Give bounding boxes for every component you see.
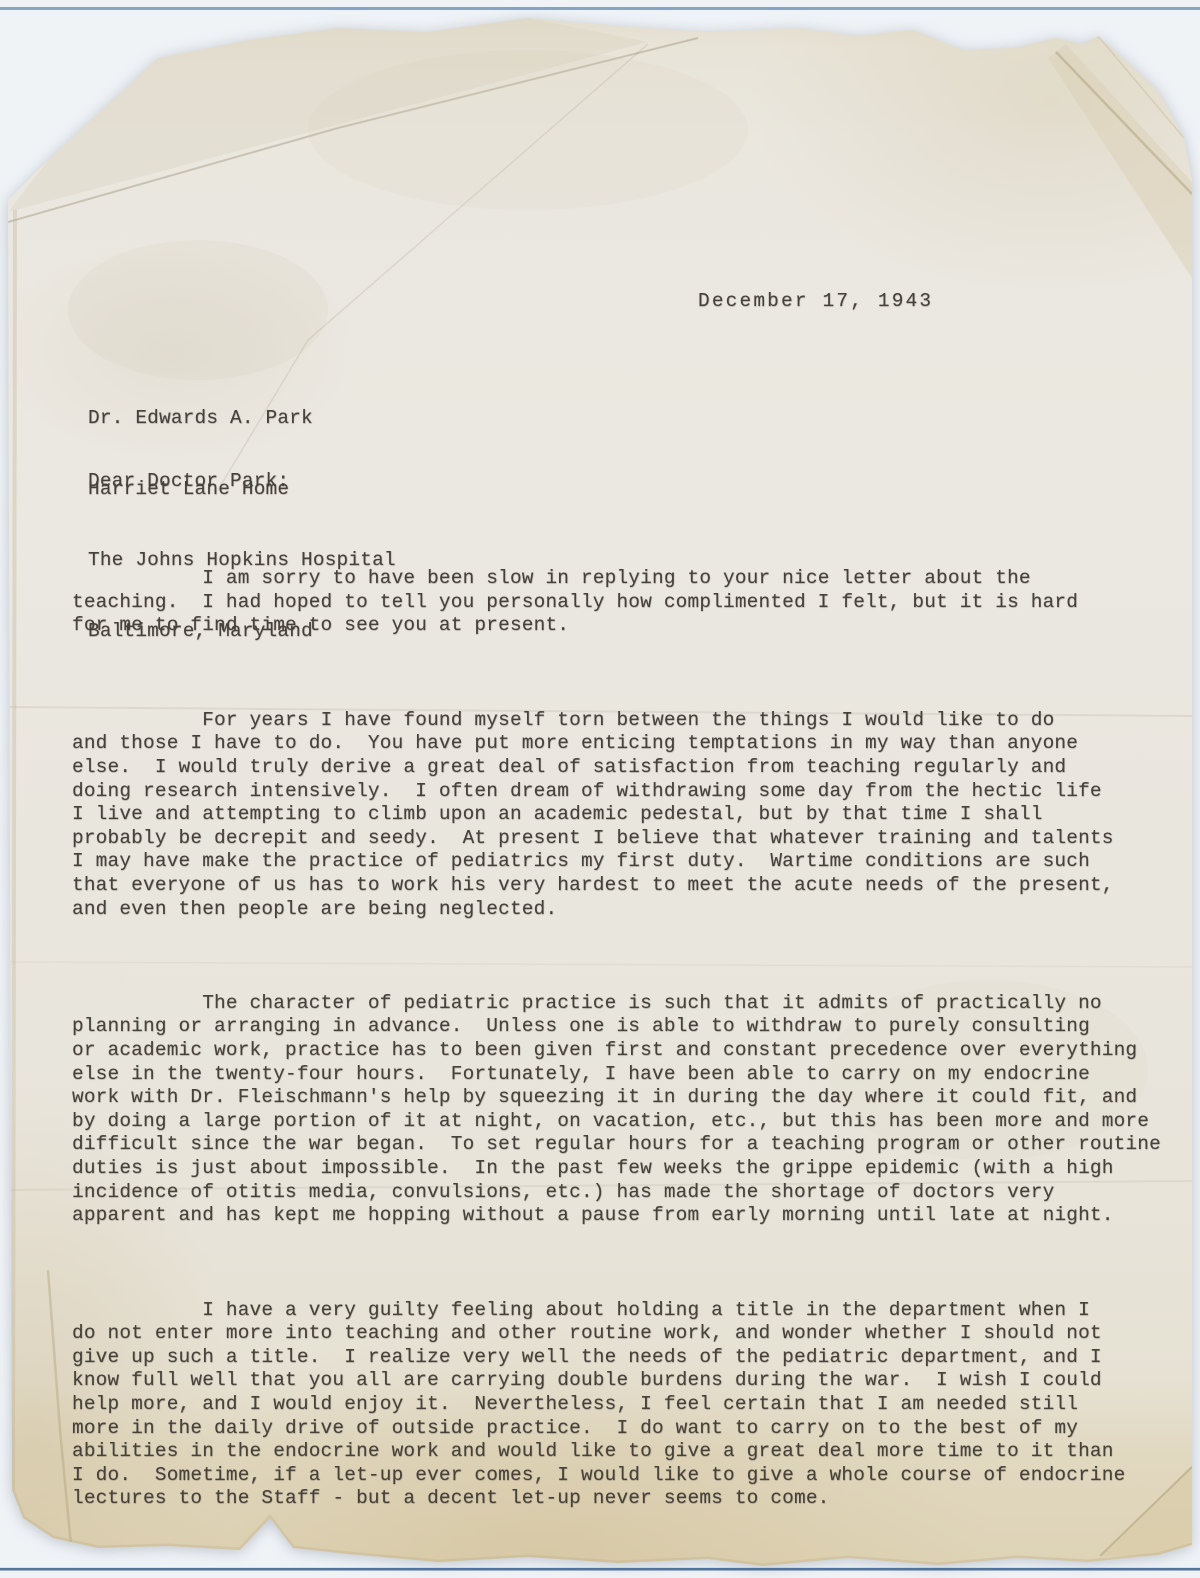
salutation: Dear Doctor Park: bbox=[88, 470, 289, 494]
letter-date: December 17, 1943 bbox=[698, 290, 933, 314]
letter-page: December 17, 1943 Dr. Edwards A. Park Ha… bbox=[8, 10, 1192, 1566]
letter-paragraph: The character of pediatric practice is s… bbox=[72, 992, 1190, 1228]
letter-paragraph: For years I have found myself torn betwe… bbox=[72, 709, 1190, 921]
letter-body: I am sorry to have been slow in replying… bbox=[72, 520, 1190, 1558]
paper-wrap: December 17, 1943 Dr. Edwards A. Park Ha… bbox=[0, 0, 1200, 1578]
letter-paragraph: I am sorry to have been slow in replying… bbox=[72, 567, 1190, 638]
letter-paragraph: I have a very guilty feeling about holdi… bbox=[72, 1299, 1190, 1511]
scanned-letter-view: { "colors": { "scanner_background": "#ef… bbox=[0, 0, 1200, 1578]
recipient-name: Dr. Edwards A. Park bbox=[88, 407, 396, 431]
